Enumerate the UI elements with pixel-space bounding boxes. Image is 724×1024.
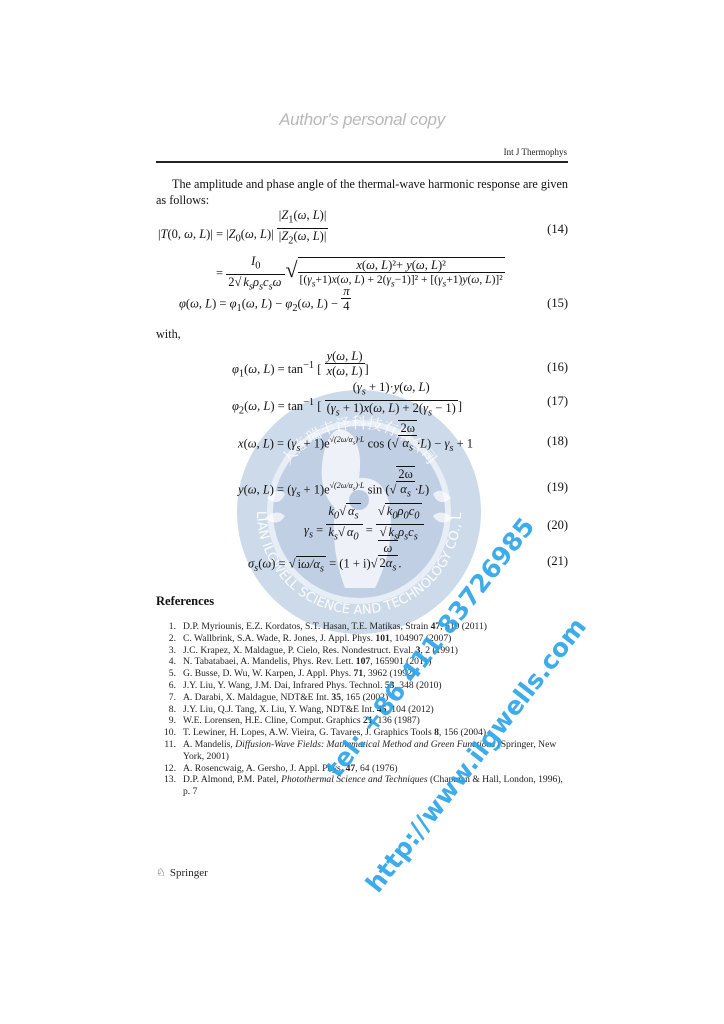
reference-item: 13.D.P. Almond, P.M. Patel, Photothermal… [156,774,570,798]
reference-number: 3. [156,645,176,657]
reference-item: 5.G. Busse, D. Wu, W. Karpen, J. Appl. P… [156,668,570,680]
reference-number: 6. [156,680,176,692]
running-head: Int J Thermophys [504,147,567,157]
equation-number: (14) [547,222,568,237]
header-rule [156,161,568,163]
publisher-name: Springer [170,867,208,879]
equation-number: (21) [547,554,568,569]
reference-item: 12.A. Rosencwaig, A. Gersho, J. Appl. Ph… [156,763,570,775]
reference-number: 11. [156,739,176,751]
reference-number: 1. [156,621,176,633]
intro-paragraph: The amplitude and phase angle of the the… [156,176,568,208]
paper-page: Author's personal copy Int J Thermophys … [0,0,724,1024]
reference-number: 9. [156,715,176,727]
reference-number: 2. [156,633,176,645]
reference-item: 1.D.P. Myriounis, E.Z. Kordatos, S.T. Ha… [156,621,570,633]
equation-number: (20) [547,518,568,533]
reference-number: 7. [156,692,176,704]
equation-15: φ(ω, L) = φ1(ω, L) − φ2(ω, L) − π4 (15) [156,292,568,322]
equation-18: x(ω, L) = (γs + 1)e√(2ω/αs)·L cos (√2ωαs… [156,428,568,458]
equation-19: y(ω, L) = (γs + 1)e√(2ω/αs)·L sin (√2ωαs… [156,474,568,504]
reference-number: 13. [156,774,176,786]
with-label: with, [156,326,568,342]
reference-number: 12. [156,763,176,775]
equation-number: (19) [547,480,568,495]
equation-17: φ2(ω, L) = tan−1 [ (γs + 1)·y(ω, L)(γs +… [156,390,568,420]
publisher-footer: ♘Springer [156,866,208,879]
reference-item: 2.C. Wallbrink, S.A. Wade, R. Jones, J. … [156,633,570,645]
references-heading: References [156,594,214,609]
equation-number: (18) [547,434,568,449]
reference-item: 3.J.C. Krapez, X. Maldague, P. Cielo, Re… [156,645,570,657]
reference-number: 4. [156,656,176,668]
equation-number: (15) [547,296,568,311]
authors-copy-watermark: Author's personal copy [0,110,724,130]
equation-number: (17) [547,394,568,409]
reference-number: 5. [156,668,176,680]
reference-number: 10. [156,727,176,739]
equation-number: (16) [547,360,568,375]
equation-14-continued: = I02√ksρscsω√x(ω, L)²+ y(ω, L)²[(γs+1)x… [156,254,568,284]
equation-14: |T(0, ω, L)| = |Z0(ω, L)| |Z1(ω, L)||Z2(… [156,218,568,248]
reference-item: 4.N. Tabatabaei, A. Mandelis, Phys. Rev.… [156,656,570,668]
springer-horse-icon: ♘ [156,866,166,879]
reference-number: 8. [156,704,176,716]
